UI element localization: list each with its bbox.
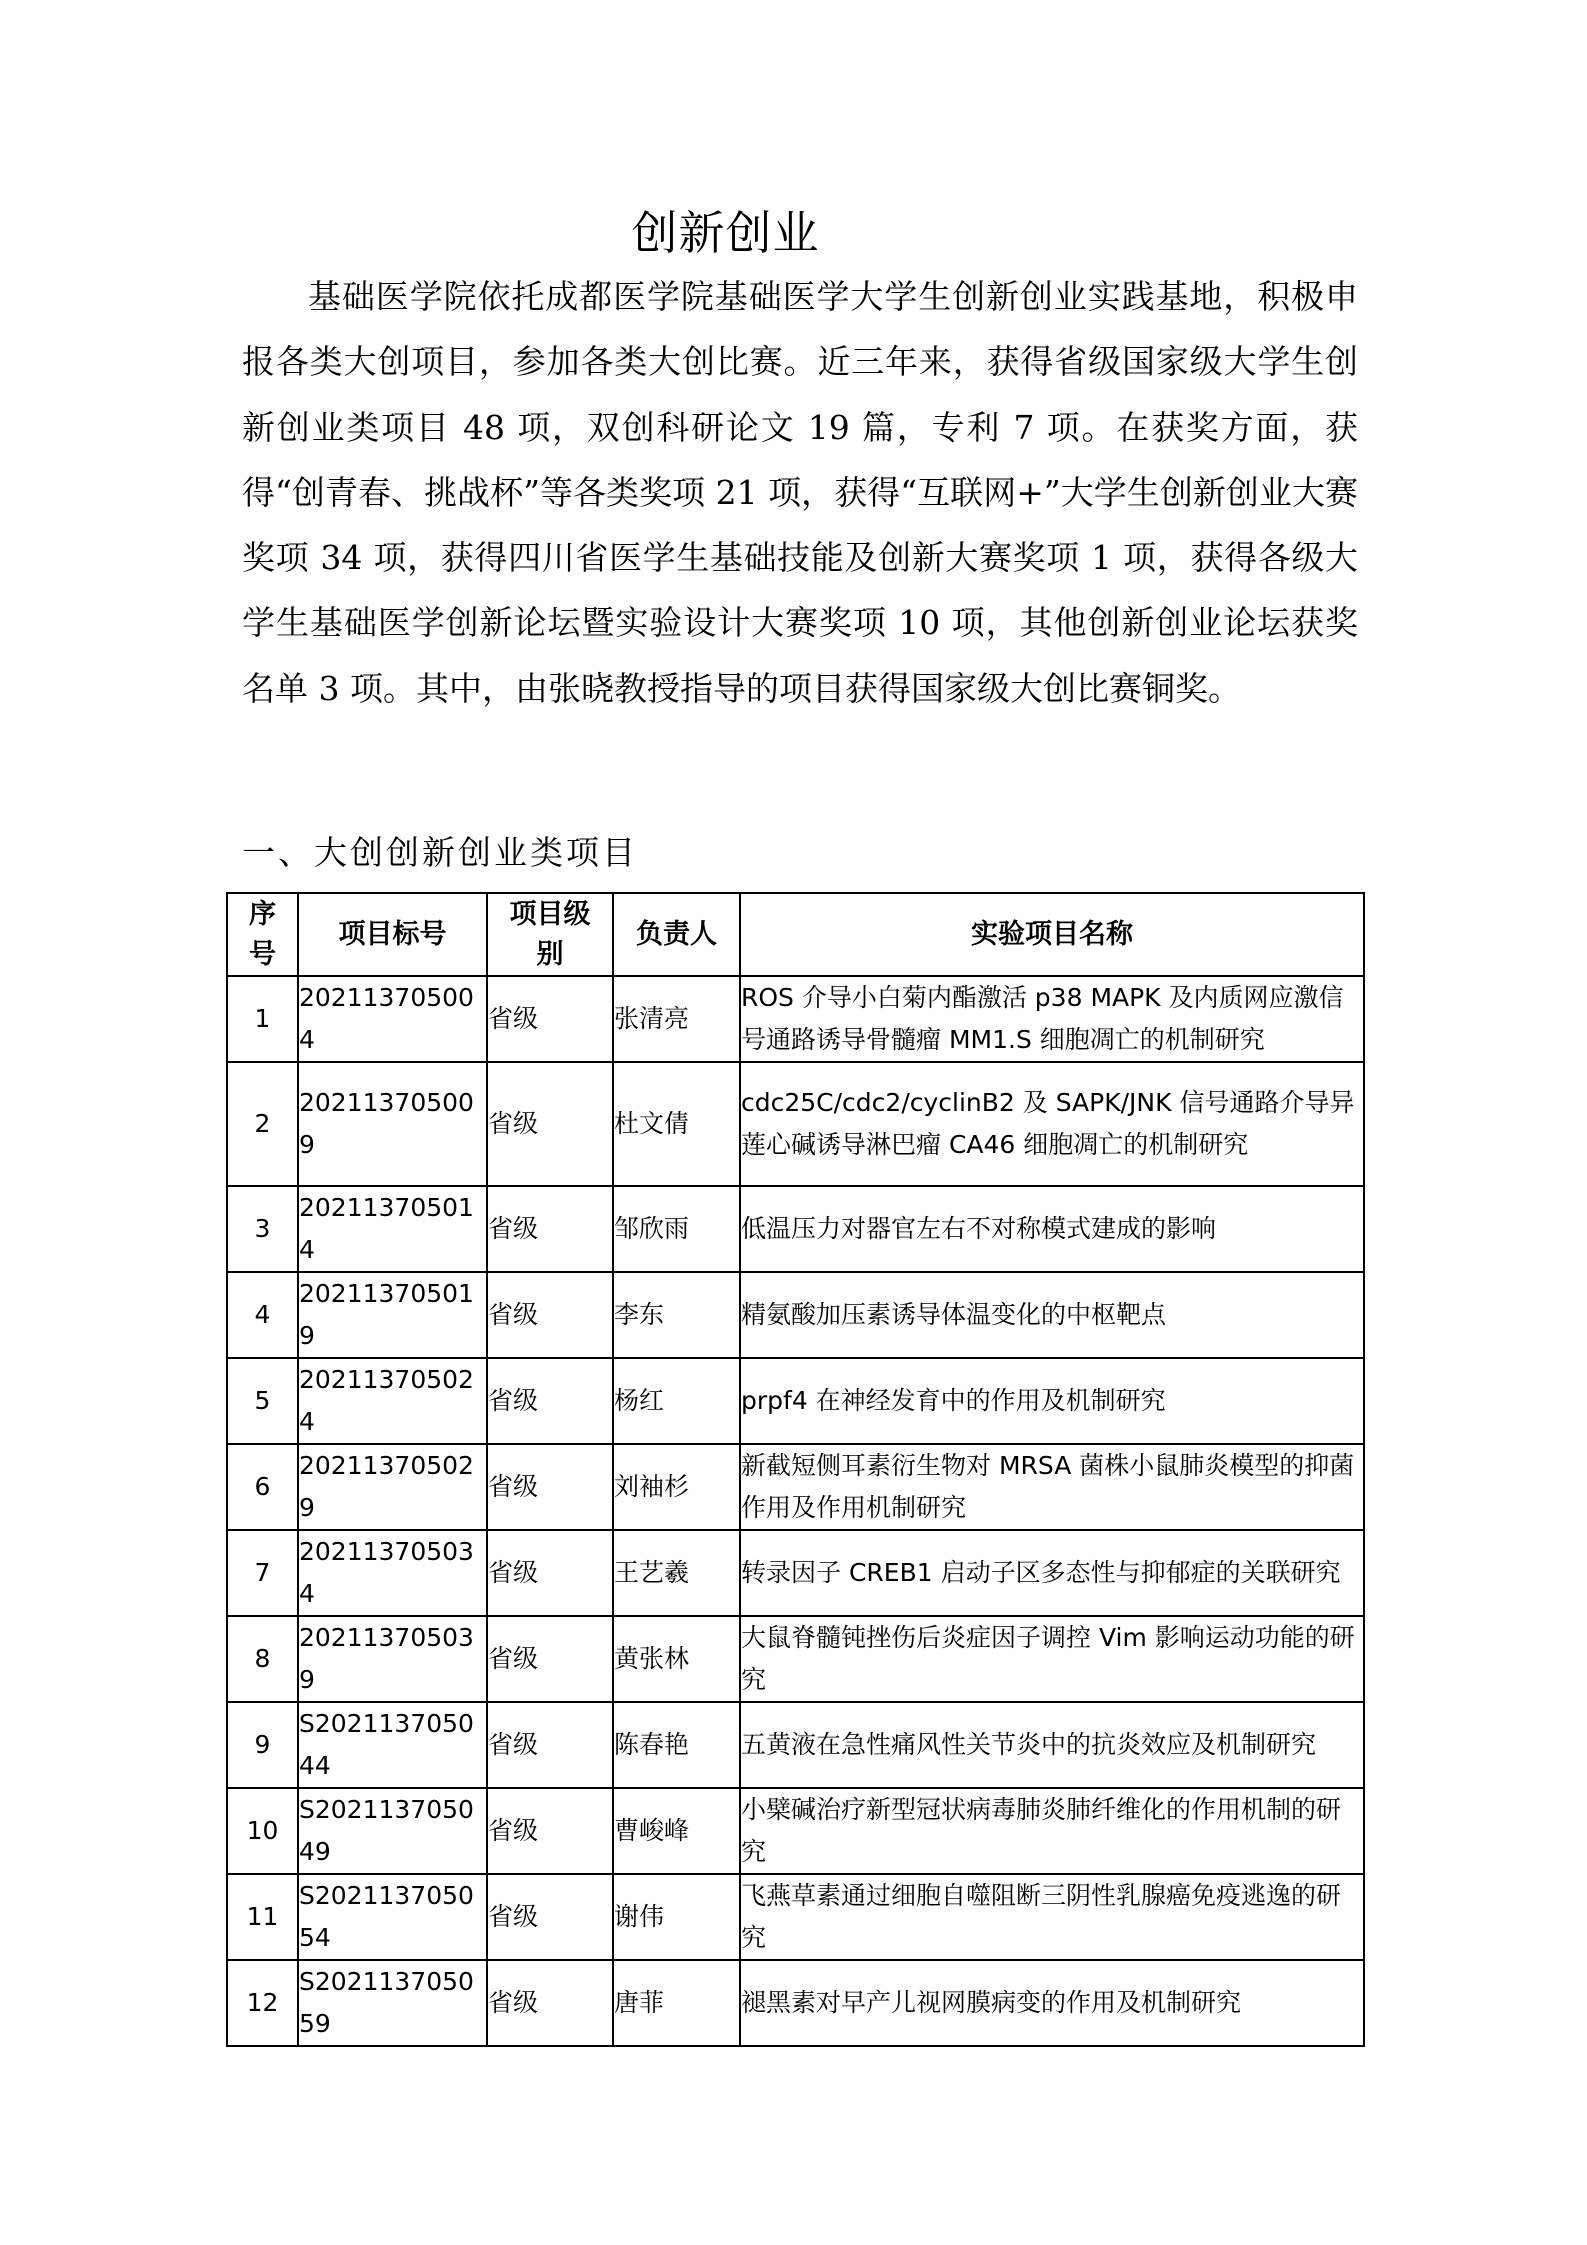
cell-no: 2 bbox=[227, 1062, 298, 1186]
cell-id: 202113705014 bbox=[298, 1186, 487, 1272]
cell-owner: 李东 bbox=[613, 1272, 740, 1358]
cell-no: 7 bbox=[227, 1530, 298, 1616]
cell-level: 省级 bbox=[487, 1874, 613, 1960]
cell-id: 202113705039 bbox=[298, 1616, 487, 1702]
cell-id: 202113705004 bbox=[298, 976, 487, 1062]
cell-no: 9 bbox=[227, 1702, 298, 1788]
intro-paragraph: 基础医学院依托成都医学院基础医学大学生创新创业实践基地，积极申报各类大创项目，参… bbox=[242, 264, 1358, 721]
cell-owner: 刘袖杉 bbox=[613, 1444, 740, 1530]
table-row: 12 S202113705059 省级 唐菲 褪黑素对早产儿视网膜病变的作用及机… bbox=[227, 1960, 1364, 2046]
cell-id: 202113705019 bbox=[298, 1272, 487, 1358]
cell-level: 省级 bbox=[487, 1960, 613, 2046]
section-heading: 一、大创创新创业类项目 bbox=[242, 820, 638, 885]
cell-name: 褪黑素对早产儿视网膜病变的作用及机制研究 bbox=[740, 1960, 1364, 2046]
cell-no: 8 bbox=[227, 1616, 298, 1702]
cell-level: 省级 bbox=[487, 1702, 613, 1788]
cell-level: 省级 bbox=[487, 976, 613, 1062]
header-no: 序号 bbox=[227, 893, 298, 976]
cell-id: S202113705054 bbox=[298, 1874, 487, 1960]
table-row: 8 202113705039 省级 黄张林 大鼠脊髓钝挫伤后炎症因子调控 Vim… bbox=[227, 1616, 1364, 1702]
cell-no: 10 bbox=[227, 1788, 298, 1874]
cell-name: prpf4 在神经发育中的作用及机制研究 bbox=[740, 1358, 1364, 1444]
cell-name: 新截短侧耳素衍生物对 MRSA 菌株小鼠肺炎模型的抑菌作用及作用机制研究 bbox=[740, 1444, 1364, 1530]
cell-name: cdc25C/cdc2/cyclinB2 及 SAPK/JNK 信号通路介导异莲… bbox=[740, 1062, 1364, 1186]
cell-no: 6 bbox=[227, 1444, 298, 1530]
cell-level: 省级 bbox=[487, 1272, 613, 1358]
cell-name: 转录因子 CREB1 启动子区多态性与抑郁症的关联研究 bbox=[740, 1530, 1364, 1616]
document-page: 创新创业 基础医学院依托成都医学院基础医学大学生创新创业实践基地，积极申报各类大… bbox=[0, 0, 1587, 2245]
table-row: 10 S202113705049 省级 曹峻峰 小檗碱治疗新型冠状病毒肺炎肺纤维… bbox=[227, 1788, 1364, 1874]
cell-no: 3 bbox=[227, 1186, 298, 1272]
header-level: 项目级别 bbox=[487, 893, 613, 976]
cell-owner: 陈春艳 bbox=[613, 1702, 740, 1788]
cell-name: 低温压力对器官左右不对称模式建成的影响 bbox=[740, 1186, 1364, 1272]
cell-owner: 邹欣雨 bbox=[613, 1186, 740, 1272]
cell-owner: 杜文倩 bbox=[613, 1062, 740, 1186]
cell-owner: 黄张林 bbox=[613, 1616, 740, 1702]
cell-level: 省级 bbox=[487, 1186, 613, 1272]
cell-no: 4 bbox=[227, 1272, 298, 1358]
cell-owner: 唐菲 bbox=[613, 1960, 740, 2046]
cell-level: 省级 bbox=[487, 1530, 613, 1616]
cell-owner: 王艺羲 bbox=[613, 1530, 740, 1616]
cell-level: 省级 bbox=[487, 1358, 613, 1444]
table-row: 6 202113705029 省级 刘袖杉 新截短侧耳素衍生物对 MRSA 菌株… bbox=[227, 1444, 1364, 1530]
cell-id: 202113705009 bbox=[298, 1062, 487, 1186]
cell-id: S202113705049 bbox=[298, 1788, 487, 1874]
cell-no: 11 bbox=[227, 1874, 298, 1960]
cell-owner: 张清亮 bbox=[613, 976, 740, 1062]
projects-table: 序号 项目标号 项目级别 负责人 实验项目名称 1 202113705004 省… bbox=[226, 892, 1365, 2047]
cell-name: 小檗碱治疗新型冠状病毒肺炎肺纤维化的作用机制的研究 bbox=[740, 1788, 1364, 1874]
header-owner: 负责人 bbox=[613, 893, 740, 976]
page-title: 创新创业 bbox=[0, 205, 1451, 261]
table-header-row: 序号 项目标号 项目级别 负责人 实验项目名称 bbox=[227, 893, 1364, 976]
table-row: 2 202113705009 省级 杜文倩 cdc25C/cdc2/cyclin… bbox=[227, 1062, 1364, 1186]
table-row: 7 202113705034 省级 王艺羲 转录因子 CREB1 启动子区多态性… bbox=[227, 1530, 1364, 1616]
cell-no: 5 bbox=[227, 1358, 298, 1444]
cell-owner: 谢伟 bbox=[613, 1874, 740, 1960]
table-row: 5 202113705024 省级 杨红 prpf4 在神经发育中的作用及机制研… bbox=[227, 1358, 1364, 1444]
cell-name: 五黄液在急性痛风性关节炎中的抗炎效应及机制研究 bbox=[740, 1702, 1364, 1788]
cell-id: 202113705029 bbox=[298, 1444, 487, 1530]
cell-no: 1 bbox=[227, 976, 298, 1062]
table-row: 9 S202113705044 省级 陈春艳 五黄液在急性痛风性关节炎中的抗炎效… bbox=[227, 1702, 1364, 1788]
cell-id: S202113705044 bbox=[298, 1702, 487, 1788]
cell-name: 大鼠脊髓钝挫伤后炎症因子调控 Vim 影响运动功能的研究 bbox=[740, 1616, 1364, 1702]
table-row: 11 S202113705054 省级 谢伟 飞燕草素通过细胞自噬阻断三阴性乳腺… bbox=[227, 1874, 1364, 1960]
cell-no: 12 bbox=[227, 1960, 298, 2046]
header-name: 实验项目名称 bbox=[740, 893, 1364, 976]
cell-id: S202113705059 bbox=[298, 1960, 487, 2046]
cell-id: 202113705034 bbox=[298, 1530, 487, 1616]
cell-level: 省级 bbox=[487, 1062, 613, 1186]
cell-level: 省级 bbox=[487, 1444, 613, 1530]
cell-name: 精氨酸加压素诱导体温变化的中枢靶点 bbox=[740, 1272, 1364, 1358]
table-row: 1 202113705004 省级 张清亮 ROS 介导小白菊内酯激活 p38 … bbox=[227, 976, 1364, 1062]
cell-level: 省级 bbox=[487, 1788, 613, 1874]
intro-section: 基础医学院依托成都医学院基础医学大学生创新创业实践基地，积极申报各类大创项目，参… bbox=[242, 264, 1358, 721]
header-id: 项目标号 bbox=[298, 893, 487, 976]
cell-name: ROS 介导小白菊内酯激活 p38 MAPK 及内质网应激信号通路诱导骨髓瘤 M… bbox=[740, 976, 1364, 1062]
cell-name: 飞燕草素通过细胞自噬阻断三阴性乳腺癌免疫逃逸的研究 bbox=[740, 1874, 1364, 1960]
cell-id: 202113705024 bbox=[298, 1358, 487, 1444]
table-row: 4 202113705019 省级 李东 精氨酸加压素诱导体温变化的中枢靶点 bbox=[227, 1272, 1364, 1358]
cell-owner: 曹峻峰 bbox=[613, 1788, 740, 1874]
cell-owner: 杨红 bbox=[613, 1358, 740, 1444]
cell-level: 省级 bbox=[487, 1616, 613, 1702]
table-row: 3 202113705014 省级 邹欣雨 低温压力对器官左右不对称模式建成的影… bbox=[227, 1186, 1364, 1272]
